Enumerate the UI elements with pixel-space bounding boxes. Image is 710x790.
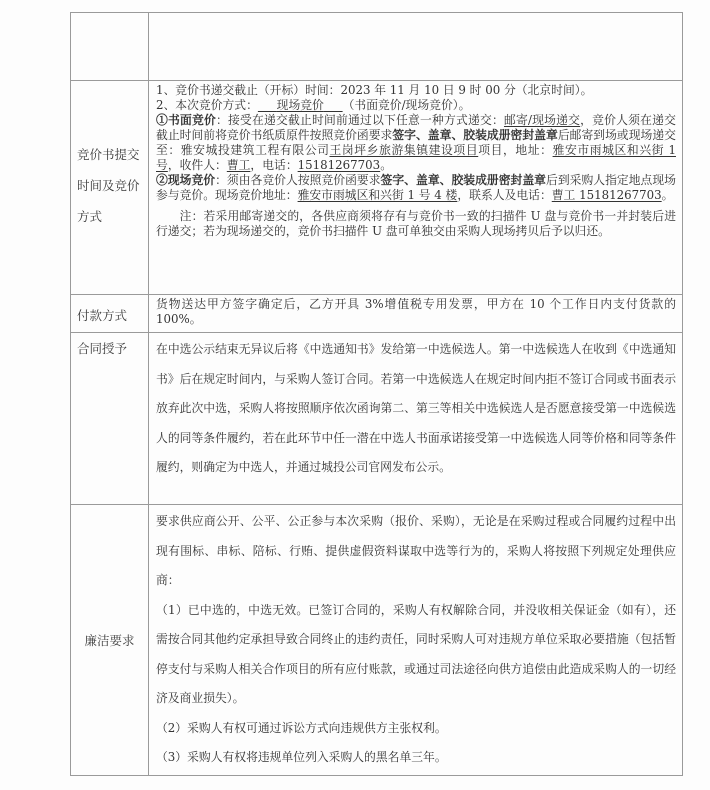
row-label-submission: 竞价书提交 时间及竞价 方式: [71, 81, 149, 295]
payment-content: 货物送达甲方签字确定后，乙方开具 3%增值税专用发票，甲方在 10 个工作日内支…: [149, 295, 683, 333]
blank-content-cell: [149, 13, 683, 81]
document-page: 竞价书提交 时间及竞价 方式 1、竞价书递交截止（开标）时间：2023 年 11…: [0, 0, 710, 790]
label-line: 方式: [77, 201, 142, 232]
label-line: 时间及竞价: [77, 170, 142, 201]
integrity-item: （3）采购人有权将违规单位列入采购人的黑名单三年。: [156, 743, 676, 773]
row-label-contract-award: 合同授予: [71, 333, 149, 505]
table-row: 付款方式 货物送达甲方签字确定后，乙方开具 3%增值税专用发票，甲方在 10 个…: [71, 295, 683, 333]
integrity-content: 要求供应商公开、公平、公正参与本次采购（报价、采购），无论是在采购过程或合同履约…: [149, 505, 683, 776]
label-line: 竞价书提交: [77, 139, 142, 170]
note-paragraph: 注：若采用邮寄递交的，各供应商须将存有与竞价书一致的扫描件 U 盘与竞价书一并封…: [156, 209, 676, 239]
row-label-payment: 付款方式: [71, 295, 149, 333]
written-bid-paragraph: ①书面竞价：接受在递交截止时间前通过以下任意一种方式递交：邮寄/现场递交，竞价人…: [156, 113, 676, 173]
table-row: 合同授予 在中选公示结束无异议后将《中选通知书》发给第一中选候选人。第一中选候选…: [71, 333, 683, 505]
method-line: 2、本次竞价方式： 现场竞价 （书面竞价/现场竞价）。: [156, 98, 676, 113]
table-row: 廉洁要求 要求供应商公开、公平、公正参与本次采购（报价、采购），无论是在采购过程…: [71, 505, 683, 776]
table-row: [71, 13, 683, 81]
deadline-text: 1、竞价书递交截止（开标）时间：2023 年 11 月 10 日 9 时 00 …: [156, 83, 676, 98]
procurement-terms-table: 竞价书提交 时间及竞价 方式 1、竞价书递交截止（开标）时间：2023 年 11…: [70, 12, 683, 776]
integrity-item: （2）采购人有权可通过诉讼方式向违规供方主张权利。: [156, 714, 676, 744]
row-label-integrity: 廉洁要求: [71, 505, 149, 776]
onsite-bid-paragraph: ②现场竞价：须由各竞价人按照竞价函要求签字、盖章、胶装成册密封盖章后到采购人指定…: [156, 173, 676, 203]
contract-award-content: 在中选公示结束无异议后将《中选通知书》发给第一中选候选人。第一中选候选人在收到《…: [149, 333, 683, 505]
table-row: 竞价书提交 时间及竞价 方式 1、竞价书递交截止（开标）时间：2023 年 11…: [71, 81, 683, 295]
method-value: 现场竞价: [258, 98, 343, 112]
integrity-intro: 要求供应商公开、公平、公正参与本次采购（报价、采购），无论是在采购过程或合同履约…: [156, 507, 676, 596]
blank-label-cell: [71, 13, 149, 81]
submission-content: 1、竞价书递交截止（开标）时间：2023 年 11 月 10 日 9 时 00 …: [149, 81, 683, 295]
integrity-item: （1）已中选的，中选无效。已签订合同的，采购人有权解除合同，并没收相关保证金（如…: [156, 596, 676, 714]
